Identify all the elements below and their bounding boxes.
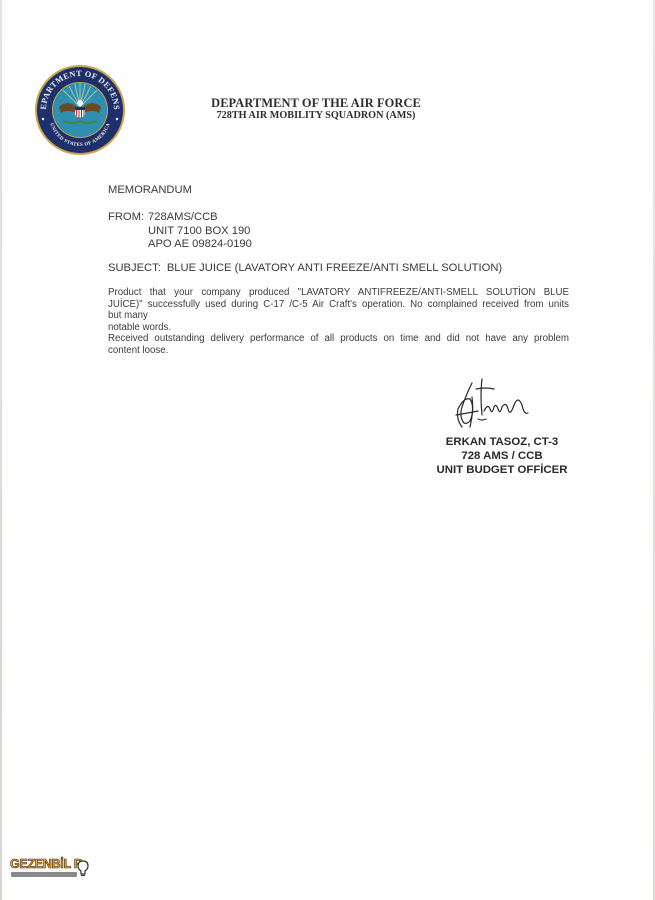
body-line: notable words.	[108, 322, 569, 334]
from-label: FROM:	[108, 211, 148, 225]
memo-body: Product that your company produced "LAVA…	[108, 287, 569, 357]
memorandum-title: MEMORANDUM	[108, 184, 192, 196]
signature-block: ERKAN TASOZ, CT-3 728 AMS / CCB UNIT BUD…	[432, 435, 572, 478]
lightbulb-icon	[76, 860, 90, 877]
watermark-brand: GEZENBİL R	[10, 857, 82, 871]
body-line: content loose.	[108, 345, 569, 357]
page-edge-left	[0, 0, 2, 900]
letterhead-department: DEPARTMENT OF THE AIR FORCE	[180, 96, 452, 110]
watermark-tagline	[11, 872, 77, 877]
signer-title: UNIT BUDGET OFFİCER	[432, 463, 572, 477]
body-line: Received outstanding delivery performanc…	[108, 333, 569, 345]
gezenbilir-watermark: GEZENBİL R	[10, 857, 92, 881]
subject-text: BLUE JUICE (LAVATORY ANTI FREEZE/ANTI SM…	[167, 262, 502, 274]
from-line: UNIT 7100 BOX 190	[108, 225, 252, 239]
signer-unit: 728 AMS / CCB	[432, 449, 572, 463]
subject-line: SUBJECT:BLUE JUICE (LAVATORY ANTI FREEZE…	[108, 262, 502, 274]
from-line: APO AE 09824-0190	[108, 238, 252, 252]
from-line: 728AMS/CCB	[148, 211, 218, 223]
signer-name: ERKAN TASOZ, CT-3	[432, 435, 572, 449]
body-line: but many	[108, 310, 569, 322]
body-line: JUİCE)" successfully used during C-17 /C…	[108, 299, 569, 311]
subject-label: SUBJECT:	[108, 262, 161, 274]
letterhead-squadron: 728TH AIR MOBILITY SQUADRON (AMS)	[180, 110, 452, 122]
handwritten-signature-icon	[452, 375, 537, 433]
letterhead: DEPARTMENT OF THE AIR FORCE 728TH AIR MO…	[180, 96, 452, 122]
department-of-defense-seal-icon: DEPARTMENT OF DEFENSE UNITED STATES OF A…	[33, 63, 127, 157]
from-block: FROM:728AMS/CCB UNIT 7100 BOX 190 APO AE…	[108, 211, 252, 252]
body-line: Product that your company produced "LAVA…	[108, 287, 569, 299]
